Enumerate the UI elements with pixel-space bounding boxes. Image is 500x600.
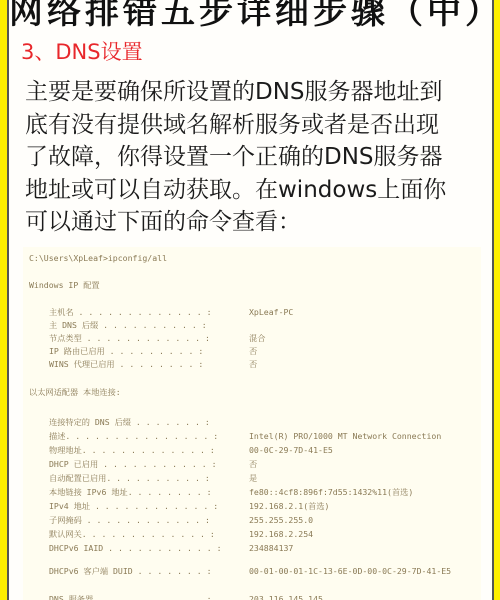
config-row: 默认网关. . . . . . . . . . . . . :192.168.2…: [49, 529, 215, 540]
paragraph-line: 地址或可以自动获取。在windows上面你: [25, 174, 485, 207]
config-row: 连接特定的 DNS 后缀 . . . . . . . :: [49, 417, 210, 428]
config-row: 主 DNS 后缀 . . . . . . . . . . :: [49, 320, 207, 331]
paragraph-line: 了故障，你得设置一个正确的DNS服务器: [25, 141, 485, 174]
config-row: IPv4 地址 . . . . . . . . . . . . :192.168…: [49, 501, 218, 512]
paragraph-line: 主要是要确保所设置的DNS服务器地址到: [25, 76, 485, 109]
adapter-header: 以太网适配器 本地连接:: [29, 387, 121, 398]
section-heading: 3、DNS设置: [21, 36, 143, 66]
paragraph-line: 底有没有提供域名解析服务或者是否出现: [25, 109, 485, 142]
page-title: 网络排错五步详细步骤（中）: [9, 0, 492, 33]
config-row: 子网掩码 . . . . . . . . . . . . :255.255.25…: [49, 515, 210, 526]
ipconfig-screenshot: C:\Users\XpLeaf>ipconfig/all Windows IP …: [23, 247, 481, 600]
article-card: 网络排错五步详细步骤（中） 3、DNS设置 主要是要确保所设置的DNS服务器地址…: [7, 0, 494, 600]
config-row: IP 路由已启用 . . . . . . . . . :否: [49, 346, 203, 357]
config-row: 自动配置已启用. . . . . . . . . . :是: [49, 473, 210, 484]
config-row: 描述. . . . . . . . . . . . . . . :Intel(R…: [49, 431, 218, 442]
config-row: WINS 代理已启用 . . . . . . . . :否: [49, 359, 203, 370]
config-row: 物理地址. . . . . . . . . . . . . :00-0C-29-…: [49, 445, 215, 456]
config-row: DHCP 已启用 . . . . . . . . . . . :否: [49, 459, 217, 470]
config-row: DNS 服务器 . . . . . . . . . . . :203.116.1…: [49, 594, 212, 600]
paragraph-line: 可以通过下面的命令查看：: [25, 206, 485, 239]
config-row: DHCPv6 客户端 DUID . . . . . . . :00-01-00-…: [49, 566, 212, 577]
windows-ip-header: Windows IP 配置: [29, 280, 100, 291]
config-row: DHCPv6 IAID . . . . . . . . . . . :23488…: [49, 543, 222, 553]
config-row: 主机名 . . . . . . . . . . . . . :XpLeaf-PC: [49, 307, 212, 318]
paragraph: 主要是要确保所设置的DNS服务器地址到 底有没有提供域名解析服务或者是否出现 了…: [25, 76, 485, 239]
command-prompt: C:\Users\XpLeaf>ipconfig/all: [29, 253, 167, 263]
config-row: 本地链接 IPv6 地址. . . . . . . . :fe80::4cf8:…: [49, 487, 212, 498]
config-row: 节点类型 . . . . . . . . . . . . :混合: [49, 333, 210, 344]
